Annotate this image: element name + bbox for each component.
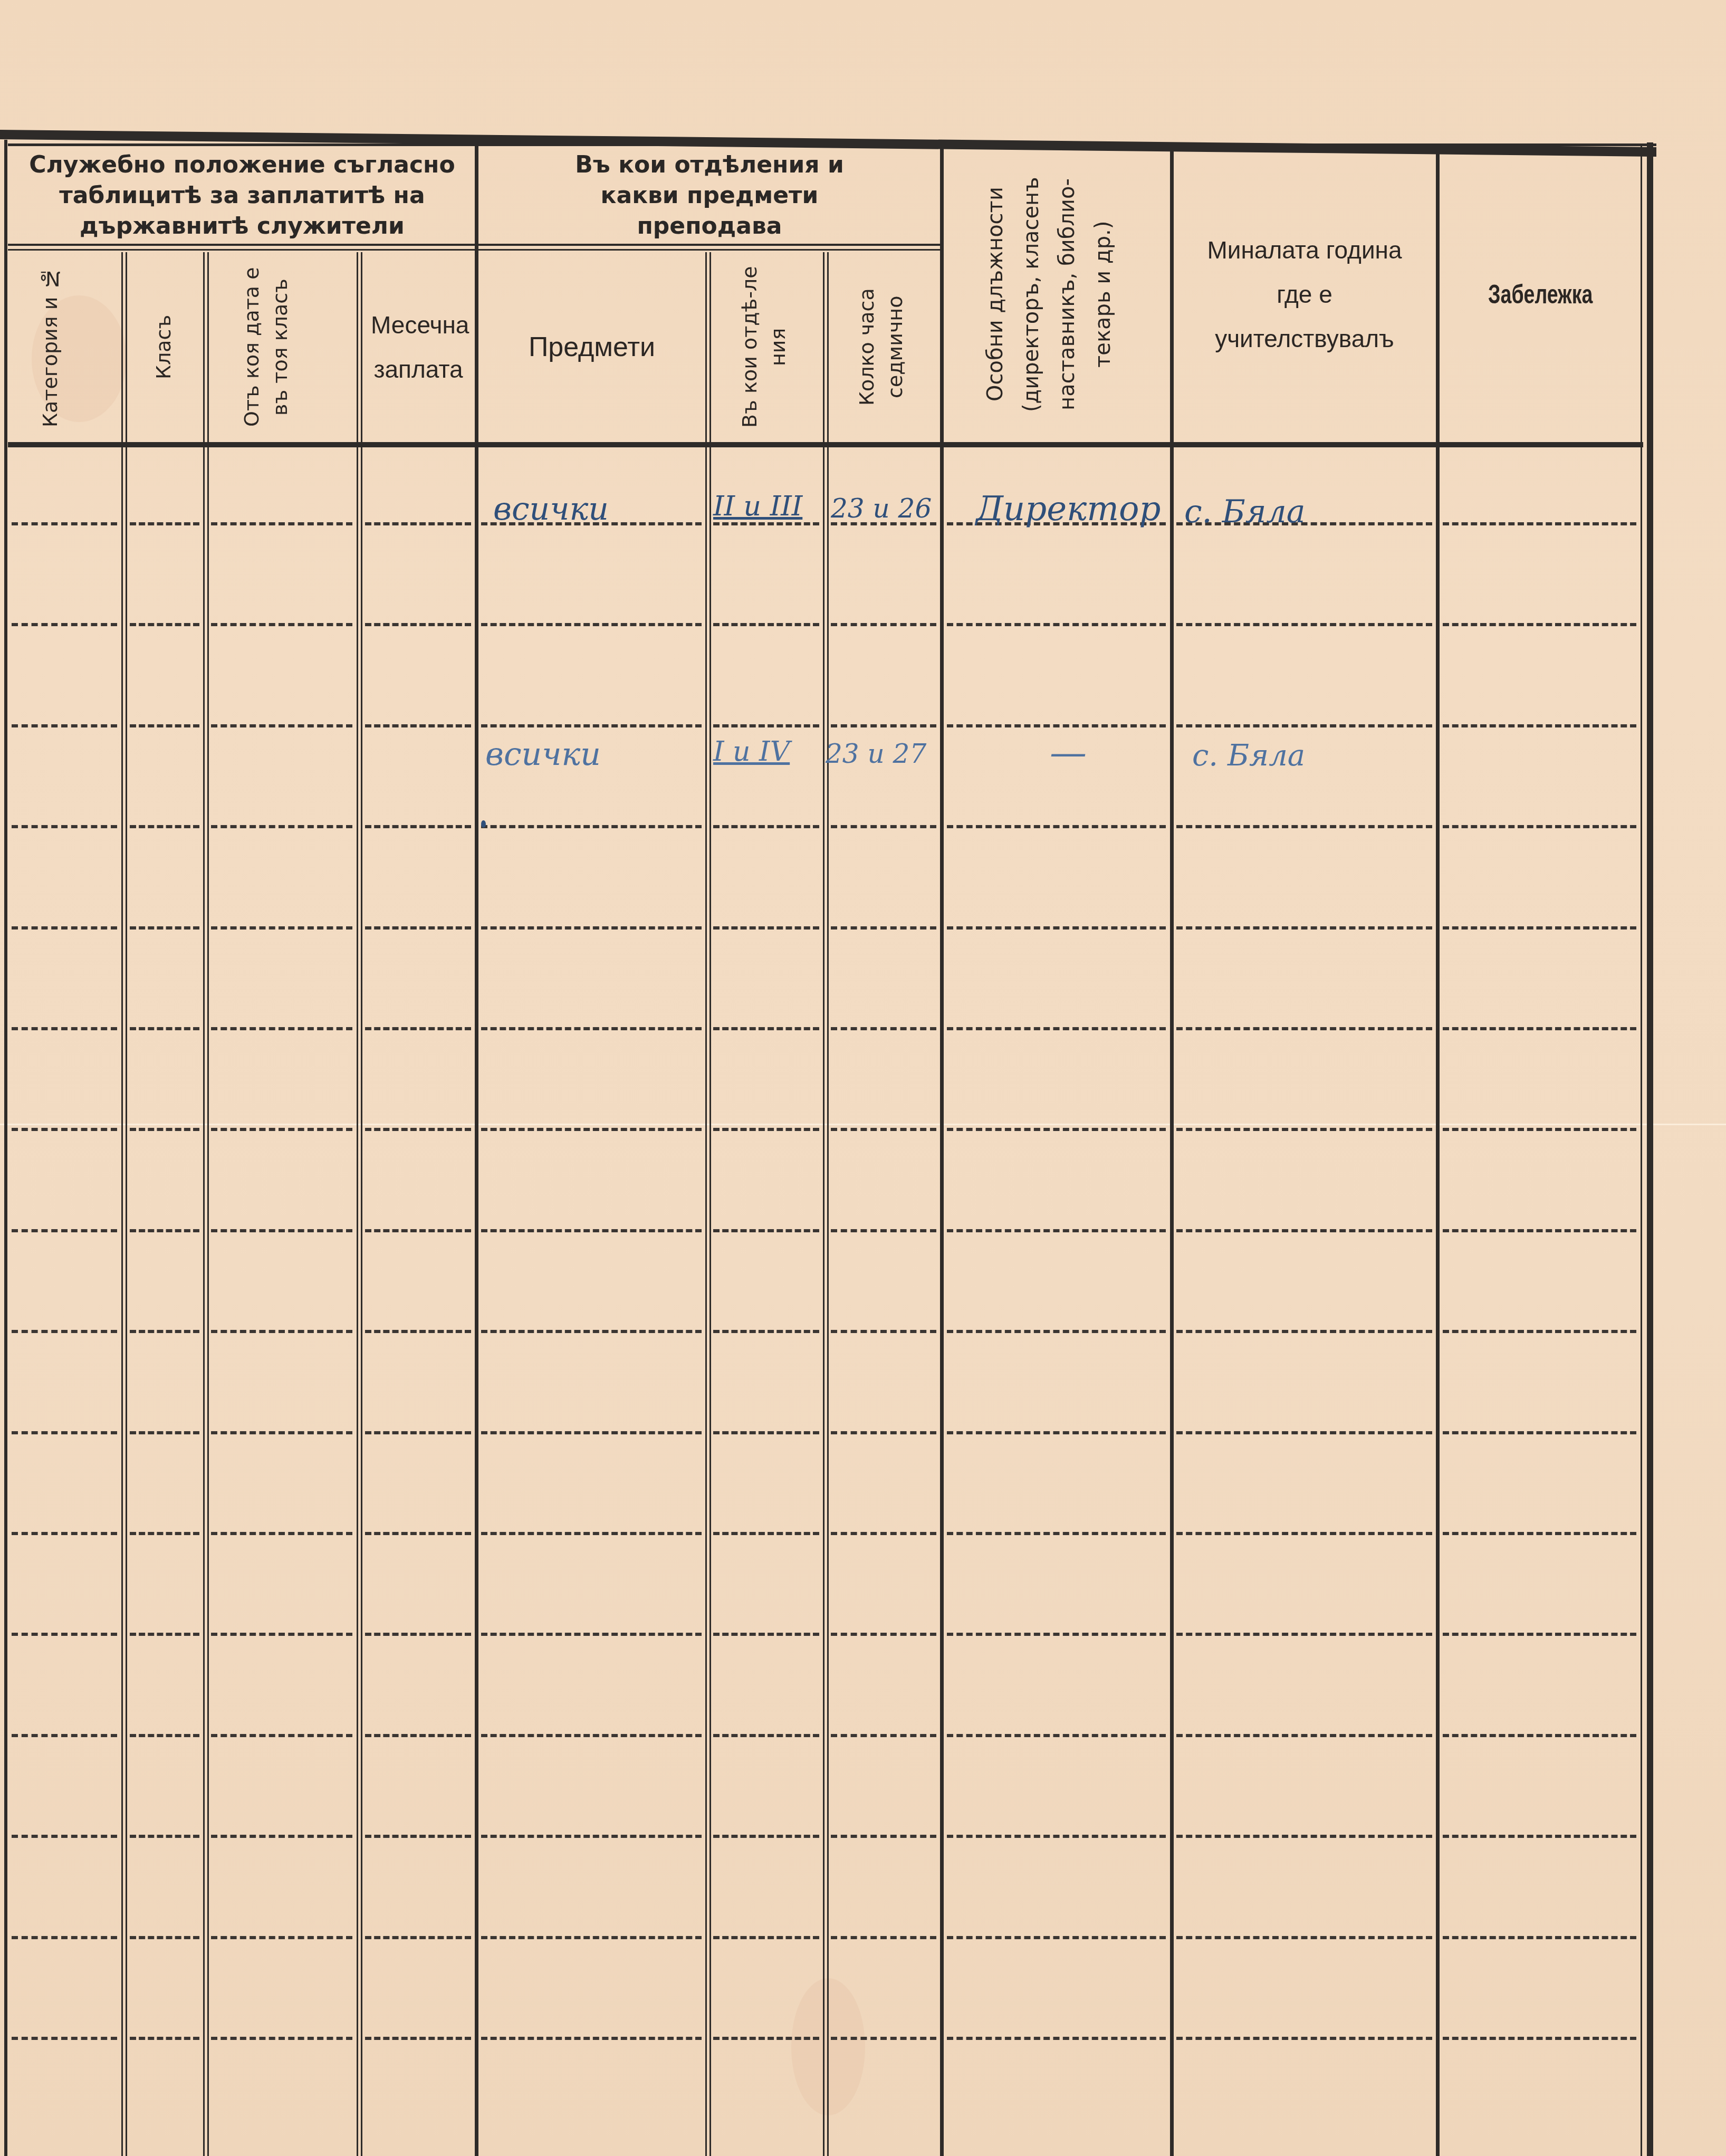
row-dotted-rule bbox=[1176, 926, 1432, 930]
cell-subjects[interactable]: всички bbox=[493, 491, 609, 528]
row-dotted-rule bbox=[831, 1128, 936, 1131]
row-dotted-rule bbox=[365, 1936, 471, 1939]
row-dotted-rule bbox=[481, 1330, 702, 1333]
row-dotted-rule bbox=[12, 825, 117, 828]
row-dotted-rule bbox=[831, 1330, 936, 1333]
row-dotted-rule bbox=[365, 1633, 471, 1636]
col-header-note: Забележка bbox=[1440, 148, 1641, 440]
row-dotted-rule bbox=[130, 522, 199, 525]
row-dotted-rule bbox=[481, 1734, 702, 1737]
row-dotted-rule bbox=[481, 1229, 702, 1232]
row-dotted-rule bbox=[130, 724, 199, 727]
row-dotted-rule bbox=[12, 2037, 117, 2040]
row-dotted-rule bbox=[947, 1027, 1166, 1030]
col-header-special-duties: Особни длъжности (директоръ, класенъ нас… bbox=[944, 148, 1169, 440]
row-dotted-rule bbox=[481, 2037, 702, 2040]
row-dotted-rule bbox=[211, 1532, 352, 1535]
row-dotted-rule bbox=[481, 926, 702, 930]
cell-divisions[interactable]: II и III bbox=[713, 491, 802, 522]
col-header-last-year: Миналата година где е учителствувалъ bbox=[1174, 148, 1435, 440]
row-dotted-rule bbox=[947, 1936, 1166, 1939]
row-dotted-rule bbox=[12, 1936, 117, 1939]
row-dotted-rule bbox=[12, 1633, 117, 1636]
row-dotted-rule bbox=[947, 926, 1166, 930]
row-dotted-rule bbox=[1176, 1936, 1432, 1939]
row-dotted-rule bbox=[947, 1532, 1166, 1535]
row-dotted-rule bbox=[1443, 1431, 1636, 1434]
row-dotted-rule bbox=[481, 1835, 702, 1838]
paper-fold bbox=[0, 1124, 1726, 1125]
col-header-category: Категория и № bbox=[9, 253, 120, 440]
row-dotted-rule bbox=[12, 1431, 117, 1434]
row-dotted-rule bbox=[947, 1633, 1166, 1636]
row-dotted-rule bbox=[713, 2037, 819, 2040]
row-dotted-rule bbox=[1443, 1229, 1636, 1232]
row-dotted-rule bbox=[211, 522, 352, 525]
frame-top-inner-border bbox=[8, 143, 1656, 146]
col-header-hours-weekly: Колко часа седмично bbox=[829, 253, 939, 440]
row-dotted-rule bbox=[12, 522, 117, 525]
col-header-class: Класъ bbox=[128, 253, 203, 440]
frame-left-border bbox=[4, 140, 7, 2156]
col-divider bbox=[361, 252, 362, 2156]
ink-dot bbox=[481, 820, 486, 828]
row-dotted-rule bbox=[831, 2037, 936, 2040]
row-dotted-rule bbox=[211, 2037, 352, 2040]
row-dotted-rule bbox=[211, 1633, 352, 1636]
row-dotted-rule bbox=[130, 623, 199, 626]
row-dotted-rule bbox=[130, 1835, 199, 1838]
row-dotted-rule bbox=[947, 1835, 1166, 1838]
row-dotted-rule bbox=[211, 623, 352, 626]
row-dotted-rule bbox=[713, 522, 819, 525]
col-divider bbox=[357, 252, 358, 2156]
row-dotted-rule bbox=[1176, 825, 1432, 828]
row-dotted-rule bbox=[1443, 1734, 1636, 1737]
row-dotted-rule bbox=[130, 1431, 199, 1434]
row-dotted-rule bbox=[211, 1734, 352, 1737]
row-dotted-rule bbox=[211, 1229, 352, 1232]
row-dotted-rule bbox=[365, 1229, 471, 1232]
row-dotted-rule bbox=[1443, 623, 1636, 626]
row-dotted-rule bbox=[713, 1734, 819, 1737]
row-dotted-rule bbox=[947, 1734, 1166, 1737]
row-dotted-rule bbox=[1176, 2037, 1432, 2040]
row-dotted-rule bbox=[713, 724, 819, 727]
row-dotted-rule bbox=[713, 1229, 819, 1232]
row-dotted-rule bbox=[1176, 1229, 1432, 1232]
row-dotted-rule bbox=[365, 1027, 471, 1030]
row-dotted-rule bbox=[211, 1936, 352, 1939]
row-dotted-rule bbox=[713, 1835, 819, 1838]
cell-divisions[interactable]: I и IV bbox=[713, 736, 790, 768]
row-dotted-rule bbox=[1176, 1330, 1432, 1333]
row-dotted-rule bbox=[713, 1330, 819, 1333]
row-dotted-rule bbox=[831, 724, 936, 727]
row-dotted-rule bbox=[713, 623, 819, 626]
row-dotted-rule bbox=[1443, 1027, 1636, 1030]
row-dotted-rule bbox=[481, 1936, 702, 1939]
row-dotted-rule bbox=[211, 825, 352, 828]
row-dotted-rule bbox=[12, 1027, 117, 1030]
row-dotted-rule bbox=[481, 1128, 702, 1131]
row-dotted-rule bbox=[1176, 724, 1432, 727]
row-dotted-rule bbox=[1176, 623, 1432, 626]
cell-special-duties[interactable]: — bbox=[1050, 731, 1087, 774]
col-divider bbox=[126, 252, 127, 2156]
col-header-since-date: Отъ коя дата е въ тоя класъ bbox=[209, 253, 356, 440]
row-dotted-rule bbox=[365, 1835, 471, 1838]
row-dotted-rule bbox=[12, 1532, 117, 1535]
row-dotted-rule bbox=[1176, 1431, 1432, 1434]
row-dotted-rule bbox=[481, 1633, 702, 1636]
row-dotted-rule bbox=[713, 1431, 819, 1434]
row-dotted-rule bbox=[365, 926, 471, 930]
row-dotted-rule bbox=[831, 1633, 936, 1636]
row-dotted-rule bbox=[365, 1330, 471, 1333]
group-divider bbox=[475, 141, 478, 2156]
row-dotted-rule bbox=[211, 724, 352, 727]
row-dotted-rule bbox=[12, 623, 117, 626]
row-dotted-rule bbox=[211, 926, 352, 930]
row-dotted-rule bbox=[831, 1936, 936, 1939]
row-dotted-rule bbox=[130, 1936, 199, 1939]
row-dotted-rule bbox=[12, 1229, 117, 1232]
col-divider bbox=[121, 252, 123, 2156]
row-dotted-rule bbox=[365, 522, 471, 525]
row-dotted-rule bbox=[1176, 1027, 1432, 1030]
cell-hours-weekly[interactable]: 23 и 26 bbox=[831, 493, 932, 524]
row-dotted-rule bbox=[481, 1532, 702, 1535]
row-dotted-rule bbox=[211, 1835, 352, 1838]
row-dotted-rule bbox=[1443, 522, 1636, 525]
row-dotted-rule bbox=[12, 724, 117, 727]
row-dotted-rule bbox=[12, 1330, 117, 1333]
row-dotted-rule bbox=[365, 1431, 471, 1434]
col-header-subjects: Предмети bbox=[479, 253, 705, 440]
header-teaching: Въ кои отдѣления и какви предмети препод… bbox=[480, 149, 939, 243]
row-dotted-rule bbox=[1176, 1835, 1432, 1838]
row-dotted-rule bbox=[365, 1128, 471, 1131]
header-service-position: Служебно положение съгласно таблицитѣ за… bbox=[11, 149, 474, 243]
row-dotted-rule bbox=[130, 1229, 199, 1232]
row-dotted-rule bbox=[481, 825, 702, 828]
col-divider bbox=[203, 252, 205, 2156]
row-dotted-rule bbox=[831, 1532, 936, 1535]
row-dotted-rule bbox=[713, 1128, 819, 1131]
header-bottom-rule bbox=[8, 442, 1643, 447]
row-dotted-rule bbox=[831, 623, 936, 626]
row-dotted-rule bbox=[713, 825, 819, 828]
row-dotted-rule bbox=[1443, 1532, 1636, 1535]
group-divider bbox=[1170, 145, 1174, 2156]
row-dotted-rule bbox=[1443, 2037, 1636, 2040]
row-dotted-rule bbox=[130, 1330, 199, 1333]
row-dotted-rule bbox=[365, 724, 471, 727]
row-dotted-rule bbox=[12, 1128, 117, 1131]
row-dotted-rule bbox=[831, 1734, 936, 1737]
row-dotted-rule bbox=[211, 1330, 352, 1333]
row-dotted-rule bbox=[365, 825, 471, 828]
row-dotted-rule bbox=[12, 1734, 117, 1737]
row-dotted-rule bbox=[12, 926, 117, 930]
row-dotted-rule bbox=[1176, 1532, 1432, 1535]
col-divider bbox=[705, 252, 707, 2156]
row-dotted-rule bbox=[481, 623, 702, 626]
row-dotted-rule bbox=[831, 926, 936, 930]
row-dotted-rule bbox=[831, 1229, 936, 1232]
cell-last-year[interactable]: с. Бяла bbox=[1192, 739, 1305, 773]
row-dotted-rule bbox=[1176, 1734, 1432, 1737]
row-dotted-rule bbox=[713, 1936, 819, 1939]
row-dotted-rule bbox=[130, 1633, 199, 1636]
row-dotted-rule bbox=[947, 1431, 1166, 1434]
row-dotted-rule bbox=[947, 1128, 1166, 1131]
row-dotted-rule bbox=[1443, 1835, 1636, 1838]
row-dotted-rule bbox=[130, 1734, 199, 1737]
row-dotted-rule bbox=[947, 724, 1166, 727]
header-service-position-title: Служебно положение съгласно таблицитѣ за… bbox=[26, 150, 458, 242]
row-dotted-rule bbox=[1176, 1633, 1432, 1636]
row-dotted-rule bbox=[831, 825, 936, 828]
row-dotted-rule bbox=[365, 1532, 471, 1535]
row-dotted-rule bbox=[130, 1027, 199, 1030]
row-dotted-rule bbox=[130, 2037, 199, 2040]
cell-last-year[interactable]: с. Бяла bbox=[1184, 493, 1306, 530]
row-dotted-rule bbox=[713, 926, 819, 930]
row-dotted-rule bbox=[1443, 825, 1636, 828]
row-dotted-rule bbox=[130, 1128, 199, 1131]
col-divider bbox=[827, 252, 829, 2156]
col-divider bbox=[823, 252, 824, 2156]
row-dotted-rule bbox=[713, 1633, 819, 1636]
row-dotted-rule bbox=[211, 1027, 352, 1030]
cell-hours-weekly[interactable]: 23 и 27 bbox=[826, 739, 926, 769]
row-dotted-rule bbox=[947, 1330, 1166, 1333]
row-dotted-rule bbox=[713, 1027, 819, 1030]
row-dotted-rule bbox=[130, 825, 199, 828]
row-dotted-rule bbox=[481, 1431, 702, 1434]
frame-right-border bbox=[1647, 142, 1653, 2156]
row-dotted-rule bbox=[130, 1532, 199, 1535]
cell-special-duties[interactable]: Директор bbox=[976, 490, 1161, 529]
row-dotted-rule bbox=[1443, 1330, 1636, 1333]
col-header-monthly-salary: Месечна заплата bbox=[363, 253, 474, 440]
row-dotted-rule bbox=[947, 1229, 1166, 1232]
row-dotted-rule bbox=[831, 1431, 936, 1434]
col-divider bbox=[709, 252, 711, 2156]
row-dotted-rule bbox=[130, 926, 199, 930]
row-dotted-rule bbox=[1443, 1936, 1636, 1939]
row-dotted-rule bbox=[947, 825, 1166, 828]
row-dotted-rule bbox=[12, 1835, 117, 1838]
row-dotted-rule bbox=[211, 1128, 352, 1131]
col-header-divisions: Въ кои отдѣ-ления bbox=[712, 253, 822, 440]
row-dotted-rule bbox=[481, 1027, 702, 1030]
row-dotted-rule bbox=[1443, 1128, 1636, 1131]
row-dotted-rule bbox=[1443, 926, 1636, 930]
row-dotted-rule bbox=[481, 724, 702, 727]
group-divider bbox=[1436, 147, 1440, 2156]
row-dotted-rule bbox=[1443, 1633, 1636, 1636]
group-divider bbox=[940, 141, 944, 2156]
cell-subjects[interactable]: всички bbox=[485, 736, 601, 773]
row-dotted-rule bbox=[1443, 724, 1636, 727]
row-dotted-rule bbox=[831, 1835, 936, 1838]
row-dotted-rule bbox=[713, 1532, 819, 1535]
row-dotted-rule bbox=[365, 1734, 471, 1737]
row-dotted-rule bbox=[831, 1027, 936, 1030]
row-dotted-rule bbox=[947, 2037, 1166, 2040]
row-dotted-rule bbox=[211, 1431, 352, 1434]
row-dotted-rule bbox=[1176, 1128, 1432, 1131]
row-dotted-rule bbox=[365, 2037, 471, 2040]
row-dotted-rule bbox=[947, 623, 1166, 626]
row-dotted-rule bbox=[365, 623, 471, 626]
col-divider bbox=[207, 252, 209, 2156]
